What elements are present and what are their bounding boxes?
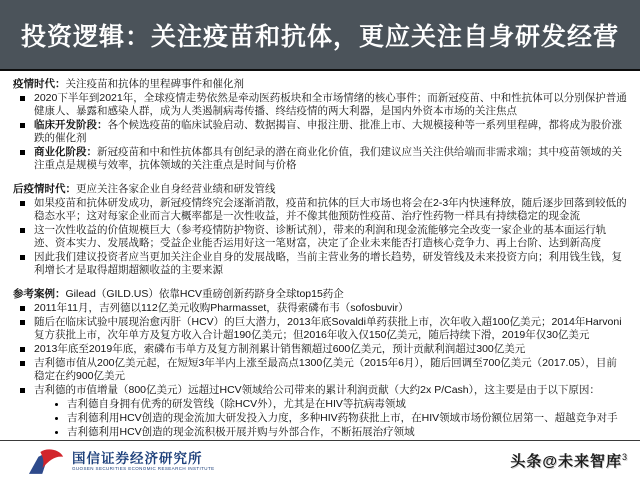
bullet-body: 因此我们建议投资者应当更加关注企业自身的发展战略，当前主营业务的增长趋势，研发管… (34, 251, 622, 276)
bullet-item: 因此我们建议投资者应当更加关注企业自身的发展战略，当前主营业务的增长趋势，研发管… (13, 251, 627, 277)
bullet-text: 商业化阶段：新冠疫苗和中和性抗体都具有创纪录的潜在商业化价值，我们建议应当关注供… (34, 146, 627, 172)
page-number: 3 (622, 452, 628, 462)
bullet-square-icon (20, 96, 25, 101)
bullet-dot-icon (55, 417, 58, 420)
footer-divider (0, 440, 640, 441)
guosen-logo: 国信证券经济研究所 GUOSEN SECURITIES ECONOMIC RES… (28, 448, 215, 475)
bullet-text: 吉利德市值从200亿美元起，在短短3年半内上涨至最高点1300亿美元（2015年… (34, 357, 627, 383)
sub-bullet-text: 吉利德利用HCV创造的现金流积极开展并购与外部合作，不断拓展治疗领域 (67, 426, 627, 439)
bullet-text: 如果疫苗和抗体研发成功，新冠疫情终究会逐渐消散，疫苗和抗体的巨大市场也将会在2-… (34, 197, 627, 223)
bullet-text: 随后在临床试验中展现治愈丙肝（HCV）的巨大潜力，2013年底Sovaldi单药… (34, 316, 627, 342)
bullet-text: 2020下半年到2021年，全球疫情走势依然是牵动医药板块和全市场情绪的核心事件… (34, 92, 627, 118)
bullet-body: 新冠疫苗和中和性抗体都具有创纪录的潜在商业化价值，我们建议应当关注供给端而非需求… (34, 146, 622, 171)
sub-bullet-item: 吉利德自身拥有优秀的研发管线（除HCV外），尤其是在HIV等抗病毒领域 (13, 398, 627, 411)
bullet-item: 吉利德的市值增量（800亿美元）远超过HCV领域给公司带来的累计利润贡献（大约2… (13, 384, 627, 397)
bullet-text: 这一次性收益的价值规模巨大（参考疫情防护物资、诊断试剂），带来的利润和现金流能够… (34, 224, 627, 250)
section-heading-lead: 疫情时代： (13, 78, 66, 90)
bullet-body: 如果疫苗和抗体研发成功，新冠疫情终究会逐渐消散，疫苗和抗体的巨大市场也将会在2-… (34, 197, 627, 222)
bullet-text: 因此我们建议投资者应当更加关注企业自身的发展战略，当前主营业务的增长趋势，研发管… (34, 251, 627, 277)
section-pandemic-era: 疫情时代：关注疫苗和抗体的里程碑事件和催化剂 2020下半年到2021年，全球疫… (13, 78, 627, 172)
bullet-square-icon (20, 228, 25, 233)
bullet-body: 各个候选疫苗的临床试验启动、数据揭盲、申报注册、批准上市、大规模接种等一系列里程… (34, 119, 622, 144)
guosen-logo-en: GUOSEN SECURITIES ECONOMIC RESEARCH INST… (72, 466, 215, 472)
bullet-item: 随后在临床试验中展现治愈丙肝（HCV）的巨大潜力，2013年底Sovaldi单药… (13, 316, 627, 342)
section-heading-text: 更应关注各家企业自身经营业绩和研发管线 (76, 183, 276, 195)
bullet-item: 2013年底至2019年底，索磷布韦单方及复方制剂累计销售额超过600亿美元，预… (13, 343, 627, 356)
watermark-text: 头条@未来智库 (510, 453, 622, 470)
slide-title-banner: 投资逻辑：关注疫苗和抗体，更应关注自身研发经营 (0, 0, 640, 71)
section-heading: 后疫情时代：更应关注各家企业自身经营业绩和研发管线 (13, 183, 627, 196)
bullet-square-icon (20, 388, 25, 393)
page-title: 投资逻辑：关注疫苗和抗体，更应关注自身研发经营 (21, 17, 619, 53)
bullet-text: 2011年11月，吉列德以112亿美元收购Pharmasset，获得索磷布韦（s… (34, 302, 627, 315)
bullet-body: 吉利德的市值增量（800亿美元）远超过HCV领域给公司带来的累计利润贡献（大约2… (34, 384, 600, 396)
bullet-square-icon (20, 255, 25, 260)
sub-bullet-item: 吉利德利用HCV创造的现金流积极开展并购与外部合作，不断拓展治疗领域 (13, 426, 627, 439)
bullet-body: 随后在临床试验中展现治愈丙肝（HCV）的巨大潜力，2013年底Sovaldi单药… (34, 316, 622, 341)
bullet-square-icon (20, 150, 25, 155)
bullet-square-icon (20, 320, 25, 325)
bullet-body: 吉利德市值从200亿美元起，在短短3年半内上涨至最高点1300亿美元（2015年… (34, 357, 617, 382)
bullet-square-icon (20, 201, 25, 206)
section-heading-lead: 参考案例： (13, 288, 66, 300)
bullet-item: 临床开发阶段：各个候选疫苗的临床试验启动、数据揭盲、申报注册、批准上市、大规模接… (13, 119, 627, 145)
slide-body: 疫情时代：关注疫苗和抗体的里程碑事件和催化剂 2020下半年到2021年，全球疫… (0, 73, 640, 438)
bullet-body: 2013年底至2019年底，索磷布韦单方及复方制剂累计销售额超过600亿美元，预… (34, 343, 525, 355)
bullet-body: 2011年11月，吉列德以112亿美元收购Pharmasset，获得索磷布韦（s… (34, 302, 409, 314)
footer: 国信证券经济研究所 GUOSEN SECURITIES ECONOMIC RES… (0, 442, 640, 480)
bullet-item: 如果疫苗和抗体研发成功，新冠疫情终究会逐渐消散，疫苗和抗体的巨大市场也将会在2-… (13, 197, 627, 223)
bullet-item: 这一次性收益的价值规模巨大（参考疫情防护物资、诊断试剂），带来的利润和现金流能够… (13, 224, 627, 250)
bullet-lead: 临床开发阶段： (34, 119, 108, 131)
bullet-square-icon (20, 361, 25, 366)
bullet-body: 2020下半年到2021年，全球疫情走势依然是牵动医药板块和全市场情绪的核心事件… (34, 92, 627, 117)
section-post-pandemic-era: 后疫情时代：更应关注各家企业自身经营业绩和研发管线 如果疫苗和抗体研发成功，新冠… (13, 183, 627, 277)
bullet-square-icon (20, 123, 25, 128)
guosen-logo-text: 国信证券经济研究所 GUOSEN SECURITIES ECONOMIC RES… (72, 452, 215, 472)
section-heading-lead: 后疫情时代： (13, 183, 76, 195)
bullet-item: 2020下半年到2021年，全球疫情走势依然是牵动医药板块和全市场情绪的核心事件… (13, 92, 627, 118)
bullet-item: 吉利德市值从200亿美元起，在短短3年半内上涨至最高点1300亿美元（2015年… (13, 357, 627, 383)
bullet-dot-icon (55, 431, 58, 434)
bullet-dot-icon (55, 403, 58, 406)
section-heading-text: Gilead（GILD.US）依靠HCV重磅创新药跻身全球top15药企 (66, 288, 344, 300)
section-heading: 疫情时代：关注疫苗和抗体的里程碑事件和催化剂 (13, 78, 627, 91)
sub-bullet-text: 吉利德自身拥有优秀的研发管线（除HCV外），尤其是在HIV等抗病毒领域 (67, 398, 627, 411)
section-reference-case: 参考案例：Gilead（GILD.US）依靠HCV重磅创新药跻身全球top15药… (13, 288, 627, 439)
sub-bullet-text: 吉利德利用HCV创造的现金流加大研发投入力度，多种HIV药物获批上市，在HIV领… (67, 412, 627, 425)
bullet-square-icon (20, 306, 25, 311)
bullet-lead: 商业化阶段： (34, 146, 97, 158)
bullet-square-icon (20, 347, 25, 352)
section-heading: 参考案例：Gilead（GILD.US）依靠HCV重磅创新药跻身全球top15药… (13, 288, 627, 301)
bullet-item: 2011年11月，吉列德以112亿美元收购Pharmasset，获得索磷布韦（s… (13, 302, 627, 315)
watermark: 头条@未来智库3 (510, 450, 628, 471)
bullet-body: 这一次性收益的价值规模巨大（参考疫情防护物资、诊断试剂），带来的利润和现金流能够… (34, 224, 606, 249)
bullet-text: 吉利德的市值增量（800亿美元）远超过HCV领域给公司带来的累计利润贡献（大约2… (34, 384, 627, 397)
bullet-item: 商业化阶段：新冠疫苗和中和性抗体都具有创纪录的潜在商业化价值，我们建议应当关注供… (13, 146, 627, 172)
sub-bullet-item: 吉利德利用HCV创造的现金流加大研发投入力度，多种HIV药物获批上市，在HIV领… (13, 412, 627, 425)
bullet-text: 临床开发阶段：各个候选疫苗的临床试验启动、数据揭盲、申报注册、批准上市、大规模接… (34, 119, 627, 145)
guosen-logo-cn: 国信证券经济研究所 (72, 452, 215, 466)
guosen-logo-icon (28, 448, 66, 475)
section-heading-text: 关注疫苗和抗体的里程碑事件和催化剂 (66, 78, 245, 90)
bullet-text: 2013年底至2019年底，索磷布韦单方及复方制剂累计销售额超过600亿美元，预… (34, 343, 627, 356)
